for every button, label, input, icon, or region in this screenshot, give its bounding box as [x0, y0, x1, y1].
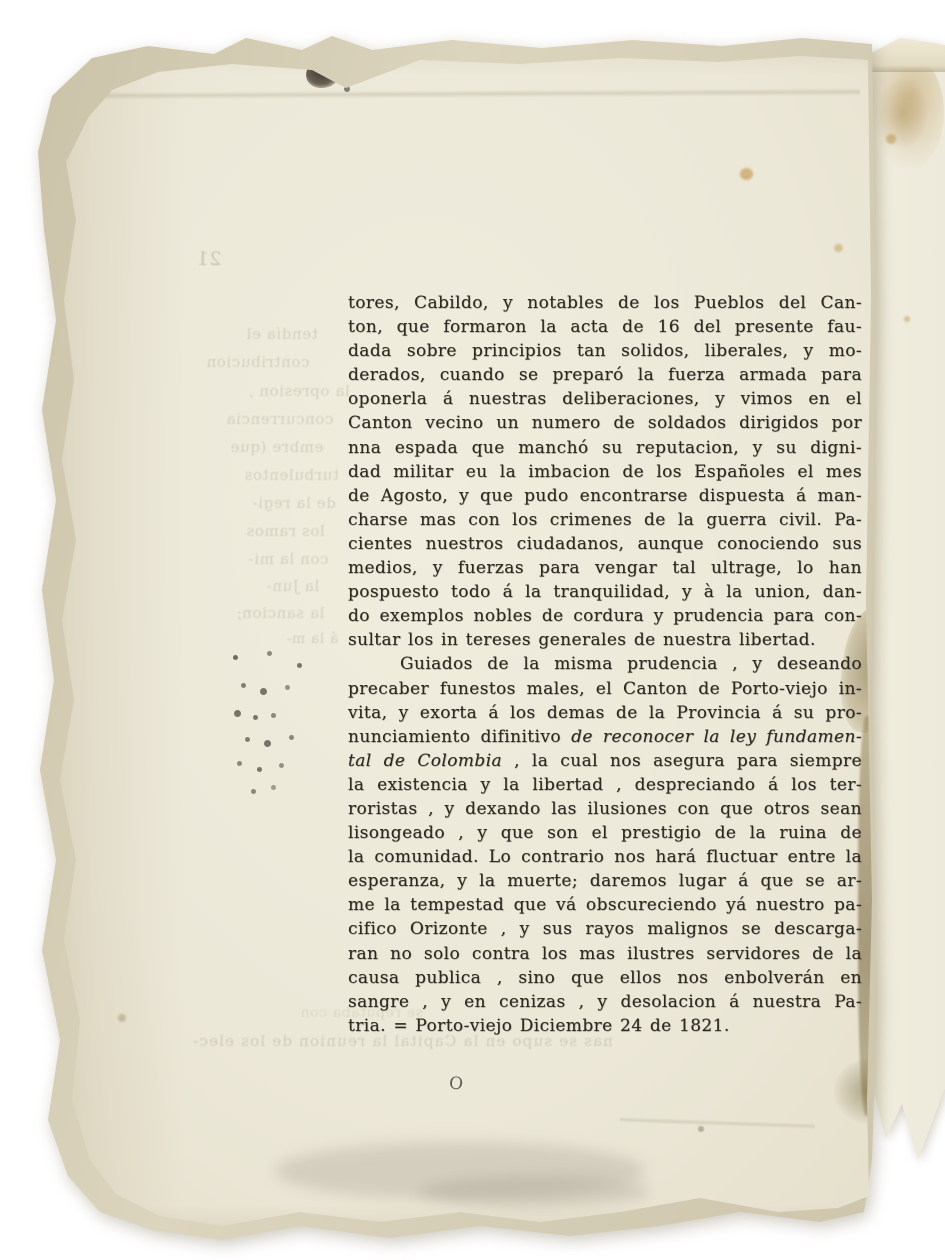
text-line: nunciamiento difinitivo de reconocer la … — [348, 725, 862, 749]
text-line: tal de Colombia , la cual nos asegura pa… — [348, 749, 862, 773]
text-line: roristas , y dexando las ilusiones con q… — [348, 797, 862, 821]
text-block: tores, Cabildo, y notables de los Pueblo… — [348, 291, 862, 1038]
text-line: Guiados de la misma prudencia , y desean… — [348, 652, 862, 676]
text-line: ton, que formaron la acta de 16 del pres… — [348, 315, 862, 339]
text-line: ran no solo contra los mas ilustres serv… — [348, 942, 862, 966]
ghost-text: la sancion; — [236, 604, 324, 622]
text-line: la comunidad. Lo contrario nos hará fluc… — [348, 845, 862, 869]
text-line: oponerla á nuestras deliberaciones, y vi… — [348, 387, 862, 411]
document-page: 21tendía elcontribucionla opresion ,conc… — [0, 0, 945, 1260]
text-line: cifico Orizonte , y sus rayos malignos s… — [348, 917, 862, 941]
text-line: charse mas con los crimenes de la guerra… — [348, 508, 862, 532]
text-line: esperanza, y la muerte; daremos lugar á … — [348, 869, 862, 893]
text-line: dad militar eu la imbacion de los Españo… — [348, 460, 862, 484]
ghost-text: la Jun- — [266, 577, 319, 595]
text-line: la existencia y la libertad , desprecian… — [348, 773, 862, 797]
text-line: tria. = Porto-viejo Diciembre 24 de 1821… — [348, 1014, 862, 1038]
ghost-text: embre (que — [230, 438, 324, 456]
ghost-text: la opresion , — [248, 382, 350, 400]
text-line: sultar los in tereses generales de nuest… — [348, 628, 862, 652]
text-line: pospuesto todo á la tranquilidad, y à la… — [348, 580, 862, 604]
text-line: Canton vecino un numero de soldados diri… — [348, 411, 862, 435]
ghost-text: 21 — [196, 248, 221, 270]
text-line: vita, y exorta á los demas de la Provinc… — [348, 701, 862, 725]
text-line: lisongeado , y que son el prestigio de l… — [348, 821, 862, 845]
text-line: de Agosto, y que pudo encontrarse dispue… — [348, 484, 862, 508]
text-line: sangre , y en cenizas , y desolacion á n… — [348, 990, 862, 1014]
text-line: dada sobre principios tan solidos, liber… — [348, 339, 862, 363]
text-line: precaber funestos males, el Canton de Po… — [348, 677, 862, 701]
text-line: causa publica , sino que ellos nos enbol… — [348, 966, 862, 990]
text-line: medios, y fuerzas para vengar tal ultrag… — [348, 556, 862, 580]
text-line: derados, cuando se preparó la fuerza arm… — [348, 363, 862, 387]
paper-surface: 21tendía elcontribucionla opresion ,conc… — [0, 0, 945, 1260]
photo-background: 21tendía elcontribucionla opresion ,conc… — [0, 0, 945, 1260]
ghost-text: turbulentos — [244, 466, 339, 484]
text-line: cientes nuestros ciudadanos, aunque cono… — [348, 532, 862, 556]
ghost-text: los ramos — [246, 522, 325, 540]
text-line: nna espada que manchó su reputacion, y s… — [348, 436, 862, 460]
ghost-text: tendía el — [246, 325, 318, 343]
ghost-text: con la mi- — [248, 550, 328, 568]
stray-ink-mark: O — [448, 1073, 465, 1095]
ghost-text: de la regi- — [252, 494, 336, 512]
ghost-text: á la m- — [286, 631, 338, 647]
text-line: me la tempestad que vá obscureciendo yá … — [348, 893, 862, 917]
text-line: tores, Cabildo, y notables de los Pueblo… — [348, 291, 862, 315]
ghost-text: concurrencia — [226, 410, 333, 428]
text-line: do exemplos nobles de cordura y prudenci… — [348, 604, 862, 628]
ghost-text: contribucion — [206, 353, 309, 371]
